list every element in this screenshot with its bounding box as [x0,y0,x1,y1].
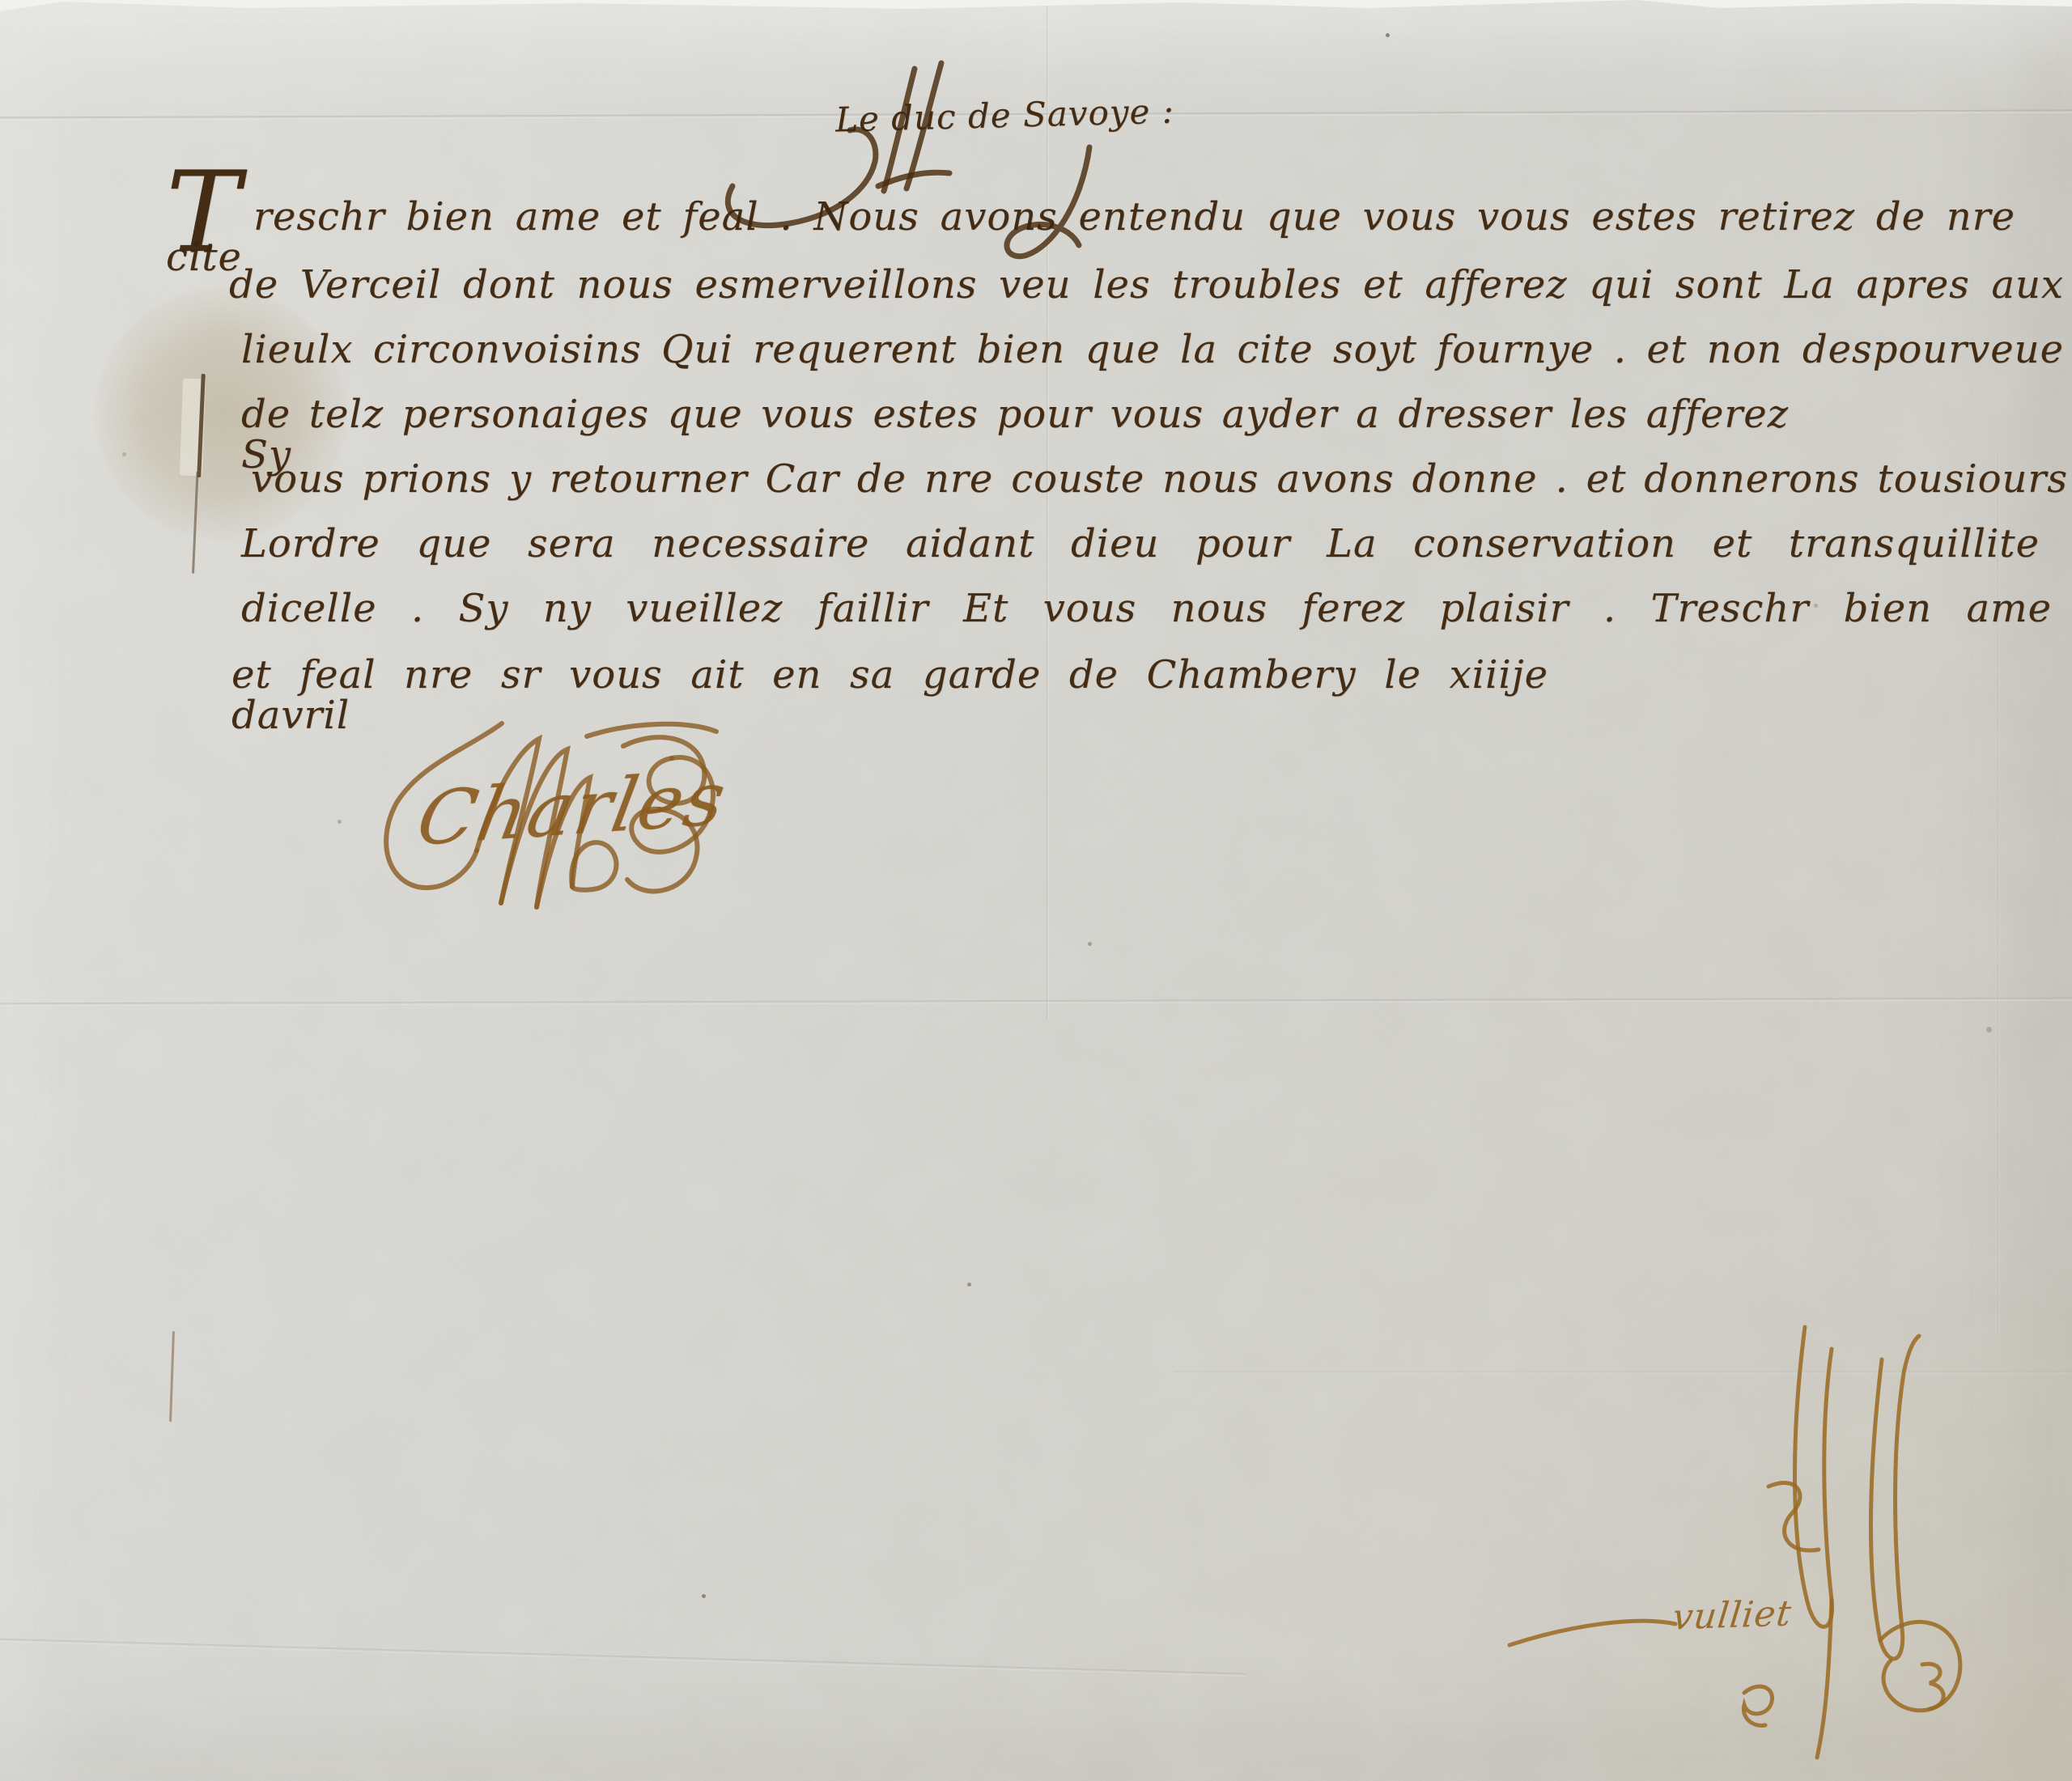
body-line-2: de Verceil dont nous esmerveillons veu l… [229,265,2064,305]
ink-hairline-mark [169,1331,175,1422]
body-line-7: dicelle . Sy ny vueillez faillir Et vous… [241,588,2052,629]
letter-paper: Le duc de Savoye : Treschr bien ame et f… [0,0,2072,1781]
heading-text: Le duc de Savoye : [835,95,1175,138]
secretary-signature-name: vulliet [1671,1596,1793,1635]
body-line-6: Lordre que sera necessaire aidant dieu p… [241,524,2040,564]
duke-signature: Charles [372,712,761,955]
duke-signature-name: Charles [412,761,732,857]
fold-crease-middle [0,998,2072,1007]
secretary-paraph-flourish [1501,1323,2019,1781]
body-line-3: lieulx circonvoisins Qui requerent bien … [241,329,2064,370]
body-line-5: vous prions y retourner Car de nre coust… [251,459,2068,499]
secretary-signature: vulliet [1501,1323,2019,1781]
fold-crease-bottom-left [0,1638,1246,1677]
manuscript-photo: Le duc de Savoye : Treschr bien ame et f… [0,0,2072,1781]
paper-specks [0,0,2,2]
